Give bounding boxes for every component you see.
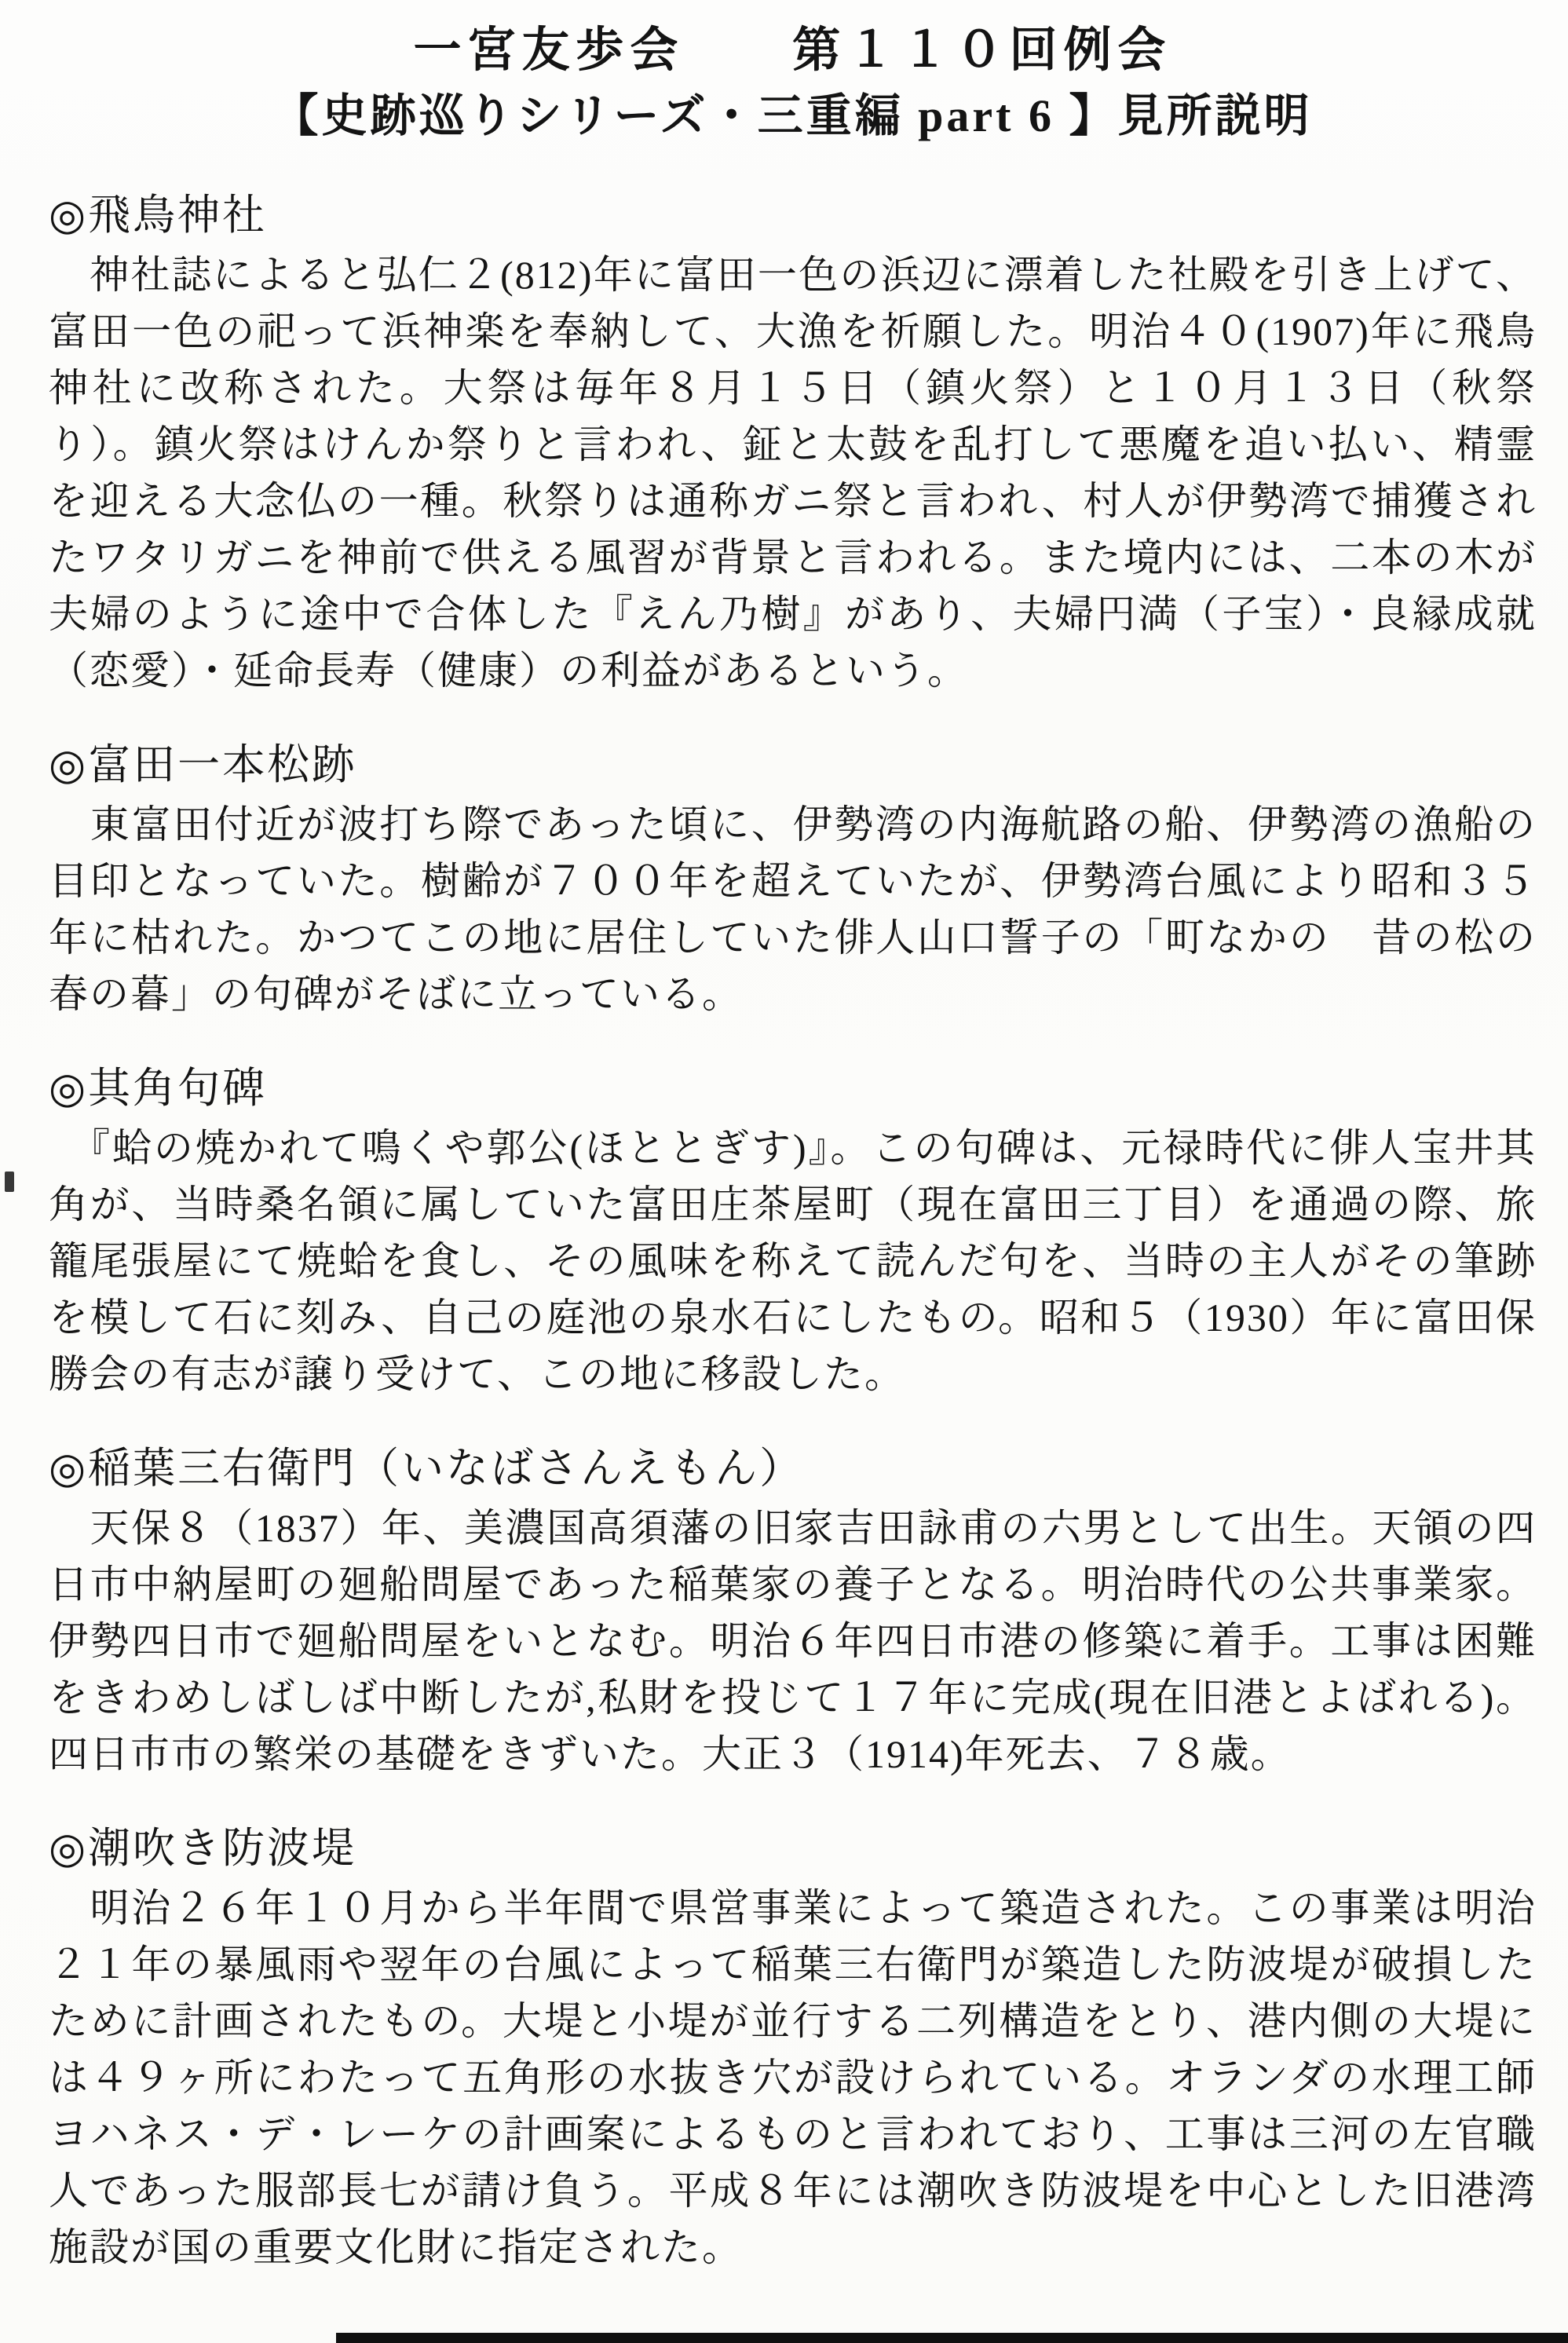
section-inaba-sanemon: ◎稲葉三右衛門（いなばさんえもん） 天保８（1837）年、美濃国高須藩の旧家吉田… (49, 1440, 1537, 1782)
section-heading-shiofuki-bohatei: ◎潮吹き防波堤 (49, 1820, 1537, 1877)
section-shiofuki-bohatei: ◎潮吹き防波堤 明治２６年１０月から半年間で県営事業によって築造された。この事業… (49, 1820, 1537, 2275)
section-body-tomida-ipponmatsu: 東富田付近が波打ち際であった頃に、伊勢湾の内海航路の船、伊勢湾の漁船の目印となっ… (49, 796, 1537, 1022)
section-heading-tomida-ipponmatsu: ◎富田一本松跡 (49, 737, 1537, 793)
document-page: 一宮友歩会 第１１０回例会 【史跡巡りシリーズ・三重編 part 6 】見所説明… (0, 0, 1568, 2343)
section-heading-kikaku-kuhi: ◎其角句碑 (49, 1060, 1537, 1117)
scan-noise-speck (5, 1171, 14, 1192)
section-tomida-ipponmatsu: ◎富田一本松跡 東富田付近が波打ち際であった頃に、伊勢湾の内海航路の船、伊勢湾の… (49, 737, 1537, 1022)
section-kikaku-kuhi: ◎其角句碑 『蛤の焼かれて鳴くや郭公(ほととぎす)』。この句碑は、元禄時代に俳人… (49, 1060, 1537, 1402)
section-body-kikaku-kuhi: 『蛤の焼かれて鳴くや郭公(ほととぎす)』。この句碑は、元禄時代に俳人宝井其角が、… (49, 1120, 1537, 1402)
section-body-inaba-sanemon: 天保８（1837）年、美濃国高須藩の旧家吉田詠甫の六男として出生。天領の四日市中… (49, 1500, 1537, 1782)
document-title-block: 一宮友歩会 第１１０回例会 【史跡巡りシリーズ・三重編 part 6 】見所説明 (49, 20, 1537, 146)
section-heading-asuka-jinja: ◎飛鳥神社 (49, 187, 1537, 243)
section-heading-inaba-sanemon: ◎稲葉三右衛門（いなばさんえもん） (49, 1440, 1537, 1497)
scan-artifact-bottom-line (336, 2333, 1568, 2343)
document-title: 一宮友歩会 第１１０回例会 (49, 20, 1537, 82)
section-asuka-jinja: ◎飛鳥神社 神社誌によると弘仁２(812)年に富田一色の浜辺に漂着した社殿を引き… (49, 187, 1537, 699)
document-subtitle: 【史跡巡りシリーズ・三重編 part 6 】見所説明 (49, 86, 1537, 146)
section-body-shiofuki-bohatei: 明治２６年１０月から半年間で県営事業によって築造された。この事業は明治２１年の暴… (49, 1880, 1537, 2275)
section-body-asuka-jinja: 神社誌によると弘仁２(812)年に富田一色の浜辺に漂着した社殿を引き上げて、富田… (49, 247, 1537, 699)
